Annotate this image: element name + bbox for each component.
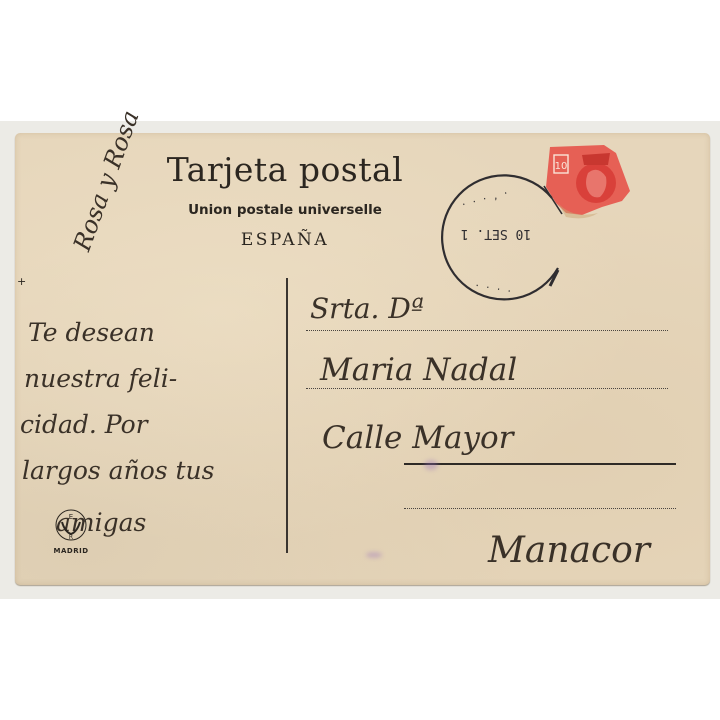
svg-text:E: E: [69, 513, 73, 521]
message-line-1: Te desean: [28, 318, 155, 347]
address-line-1: [306, 330, 668, 331]
stamp-icon: 10: [542, 143, 632, 219]
address-city: Manacor: [488, 530, 650, 571]
message-line-2: nuestra feli-: [24, 364, 177, 393]
address-recipient-title: Srta. Dª: [310, 292, 424, 325]
corner-mark: +: [17, 276, 26, 287]
svg-text:· · · , ·: · · · , ·: [460, 189, 510, 211]
publisher-wreath-icon: E R: [53, 508, 89, 542]
postcard-country: ESPAÑA: [150, 229, 420, 251]
postcard-subtitle: Union postale universelle: [150, 201, 420, 219]
address-street: Calle Mayor: [322, 420, 513, 456]
ink-smudge: [366, 552, 382, 558]
publisher-city: MADRID: [50, 547, 92, 555]
svg-text:R: R: [69, 534, 73, 541]
message-line-3: cidad. Por: [20, 410, 148, 439]
ink-smudge: [424, 460, 438, 470]
publisher-mark: E R MADRID: [50, 508, 92, 555]
message-line-4: largos años tus: [22, 456, 215, 485]
message-address-divider: [286, 278, 288, 553]
address-line-2: [306, 388, 668, 389]
address-recipient-name: Maria Nadal: [320, 352, 517, 388]
stamp-value: 10: [555, 161, 568, 172]
address-line-3: [404, 463, 676, 465]
address-line-4: [404, 508, 676, 509]
postcard-title: Tarjeta postal: [150, 150, 420, 190]
postmark-date: 10 SET. 1: [461, 226, 531, 241]
